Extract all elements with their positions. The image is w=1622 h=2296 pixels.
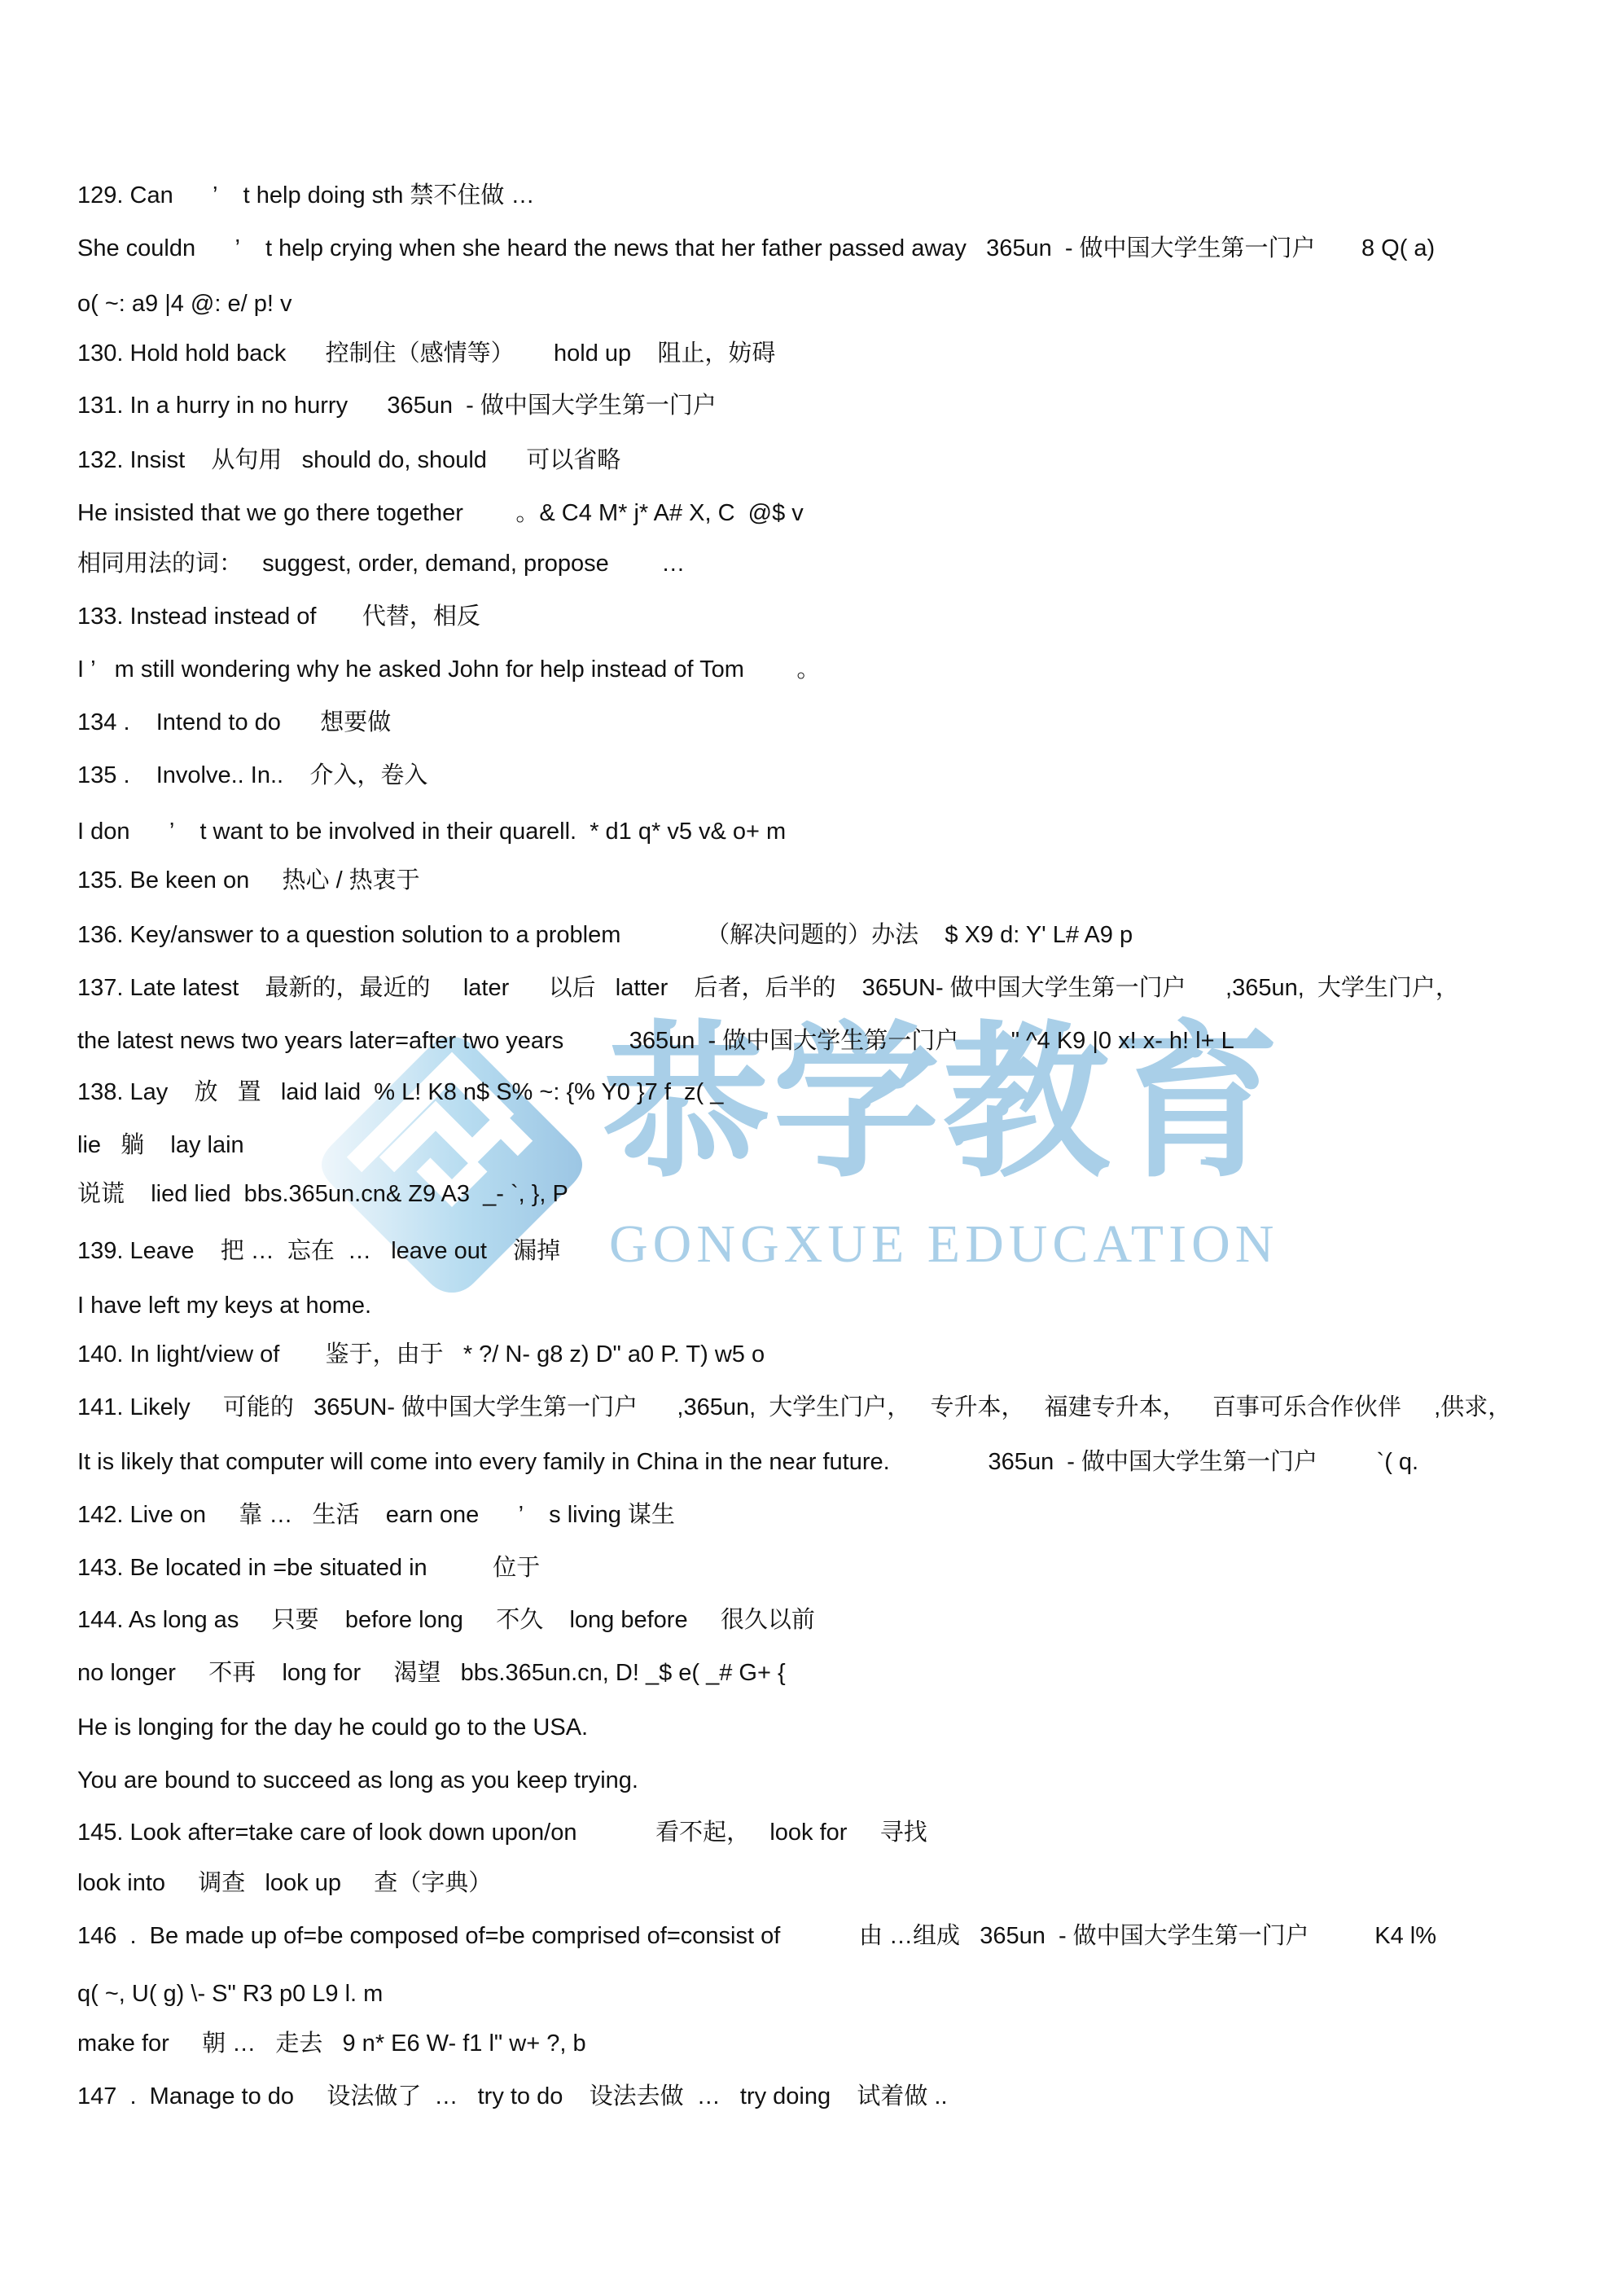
document-line: o( ~: a9 |4 @: e/ p! v [77, 289, 292, 318]
document-line: 129. Can ’ t help doing sth 禁不住做 … [77, 181, 534, 210]
document-line: She couldn ’ t help crying when she hear… [77, 234, 1435, 263]
gongxue-watermark: 恭学教育 GONGXUE EDUCATION [309, 1030, 1368, 1307]
document-line: He is longing for the day he could go to… [77, 1713, 588, 1742]
document-line: lie 躺 lay lain [77, 1130, 244, 1160]
document-line: 144. As long as 只要 before long 不久 long b… [77, 1605, 815, 1635]
document-page: 恭学教育 GONGXUE EDUCATION 129. Can ’ t help… [0, 0, 1622, 2296]
document-line: 145. Look after=take care of look down u… [77, 1818, 927, 1847]
document-line: I ’ m still wondering why he asked John … [77, 655, 820, 684]
document-line: the latest news two years later=after tw… [77, 1026, 1234, 1056]
document-line: 137. Late latest 最新的，最近的 later 以后 latter… [77, 973, 1459, 1003]
document-line: He insisted that we go there together 。&… [77, 498, 804, 528]
document-line: 132. Insist 从句用 should do, should 可以省略 [77, 446, 620, 475]
document-line: look into 调查 look up 查（字典） [77, 1868, 492, 1898]
document-line: 142. Live on 靠 … 生活 earn one ’ s living … [77, 1500, 675, 1530]
document-line: 135. Be keen on 热心 / 热衷于 [77, 866, 420, 895]
document-line: 147 . Manage to do 设法做了 … try to do 设法去做… [77, 2082, 948, 2111]
document-line: 说谎 lied lied bbs.365un.cn& Z9 A3 _- `, }… [77, 1179, 568, 1209]
watermark-english-text: GONGXUE EDUCATION [609, 1214, 1278, 1275]
document-line: 130. Hold hold back 控制住（感情等） hold up 阻止，… [77, 339, 775, 368]
document-line: I have left my keys at home. [77, 1291, 371, 1320]
document-line: 143. Be located in =be situated in 位于 [77, 1553, 540, 1583]
document-line: You are bound to succeed as long as you … [77, 1766, 638, 1795]
document-line: 146 . Be made up of=be composed of=be co… [77, 1921, 1436, 1951]
document-line: no longer 不再 long for 渴望 bbs.365un.cn, D… [77, 1658, 786, 1688]
document-line: 136. Key/answer to a question solution t… [77, 920, 1133, 950]
document-line: It is likely that computer will come int… [77, 1447, 1418, 1477]
document-line: 138. Lay 放 置 laid laid % L! K8 n$ S% ~: … [77, 1078, 723, 1107]
document-line: 135 . Involve.. In.. 介入，卷入 [77, 761, 427, 790]
document-line: 131. In a hurry in no hurry 365un - 做中国大… [77, 391, 717, 420]
document-line: 134 . Intend to do 想要做 [77, 708, 391, 737]
document-line: 140. In light/view of 鉴于，由于 * ?/ N- g8 z… [77, 1340, 765, 1369]
document-line: make for 朝 … 走去 9 n* E6 W- f1 l" w+ ?, b [77, 2029, 586, 2058]
document-line: I don ’ t want to be involved in their q… [77, 817, 786, 846]
document-line: 139. Leave 把 … 忘在 … leave out 漏掉 [77, 1236, 560, 1266]
document-line: 相同用法的词： suggest, order, demand, propose … [77, 549, 685, 578]
document-line: 133. Instead instead of 代替，相反 [77, 602, 480, 631]
document-line: 141. Likely 可能的 365UN- 做中国大学生第一门户 ,365un… [77, 1393, 1511, 1422]
document-line: q( ~, U( g) \- S" R3 p0 L9 l. m [77, 1979, 383, 2008]
